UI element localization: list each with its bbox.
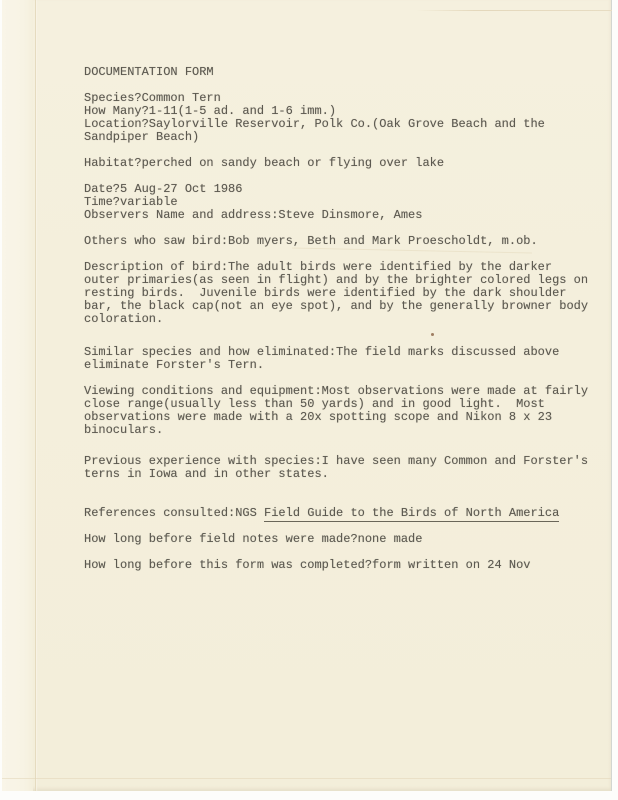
section-references: References consulted:NGS Field Guide to … bbox=[84, 507, 612, 520]
section-field-notes: How long before field notes were made?no… bbox=[84, 533, 612, 546]
paper-left-edge bbox=[2, 0, 33, 791]
paper-crease-top bbox=[416, 10, 612, 11]
text-line: bar, the black cap(not an eye spot), and… bbox=[84, 300, 612, 313]
text-line: binoculars. bbox=[84, 424, 612, 437]
section-form-completed: How long before this form was completed?… bbox=[84, 559, 612, 572]
section-viewing-conditions: Viewing conditions and equipment:Most ob… bbox=[84, 385, 612, 437]
text-line: References consulted:NGS Field Guide to … bbox=[84, 507, 612, 520]
section-other-observers: Others who saw bird:Bob myers, Beth and … bbox=[84, 235, 612, 248]
paper-crease-vertical bbox=[35, 0, 36, 791]
scanned-document-view: DOCUMENTATION FORM Species?Common TernHo… bbox=[0, 0, 618, 800]
text-segment: References consulted:NGS bbox=[84, 506, 264, 520]
section-date-time-observers: Date?5 Aug-27 Oct 1986Time?variableObser… bbox=[84, 183, 612, 222]
text-line: Sandpiper Beach) bbox=[84, 131, 612, 144]
text-line: eliminate Forster's Tern. bbox=[84, 359, 612, 372]
text-line: Others who saw bird:Bob myers, Beth and … bbox=[84, 235, 612, 248]
text-line: Habitat?perched on sandy beach or flying… bbox=[84, 157, 612, 170]
book-title: Field Guide to the Birds of North Americ… bbox=[264, 506, 559, 522]
text-line: How long before this form was completed?… bbox=[84, 559, 612, 572]
document-title: DOCUMENTATION FORM bbox=[84, 66, 612, 79]
text-line: coloration. bbox=[84, 313, 612, 326]
text-line: observations were made with a 20x spotti… bbox=[84, 411, 612, 424]
text-line: How long before field notes were made?no… bbox=[84, 533, 612, 546]
text-line: terns in Iowa and in other states. bbox=[84, 468, 612, 481]
section-habitat: Habitat?perched on sandy beach or flying… bbox=[84, 157, 612, 170]
document-body: DOCUMENTATION FORM Species?Common TernHo… bbox=[84, 66, 612, 572]
paper-crease-bottom bbox=[2, 778, 611, 779]
section-similar-species: Similar species and how eliminated:The f… bbox=[84, 346, 612, 372]
text-line: Observers Name and address:Steve Dinsmor… bbox=[84, 209, 612, 222]
section-previous-experience: Previous experience with species:I have … bbox=[84, 455, 612, 481]
section-description: Description of bird:The adult birds were… bbox=[84, 261, 612, 326]
stray-ink-speck bbox=[431, 333, 434, 336]
section-identification: Species?Common TernHow Many?1-11(1-5 ad.… bbox=[84, 92, 612, 144]
